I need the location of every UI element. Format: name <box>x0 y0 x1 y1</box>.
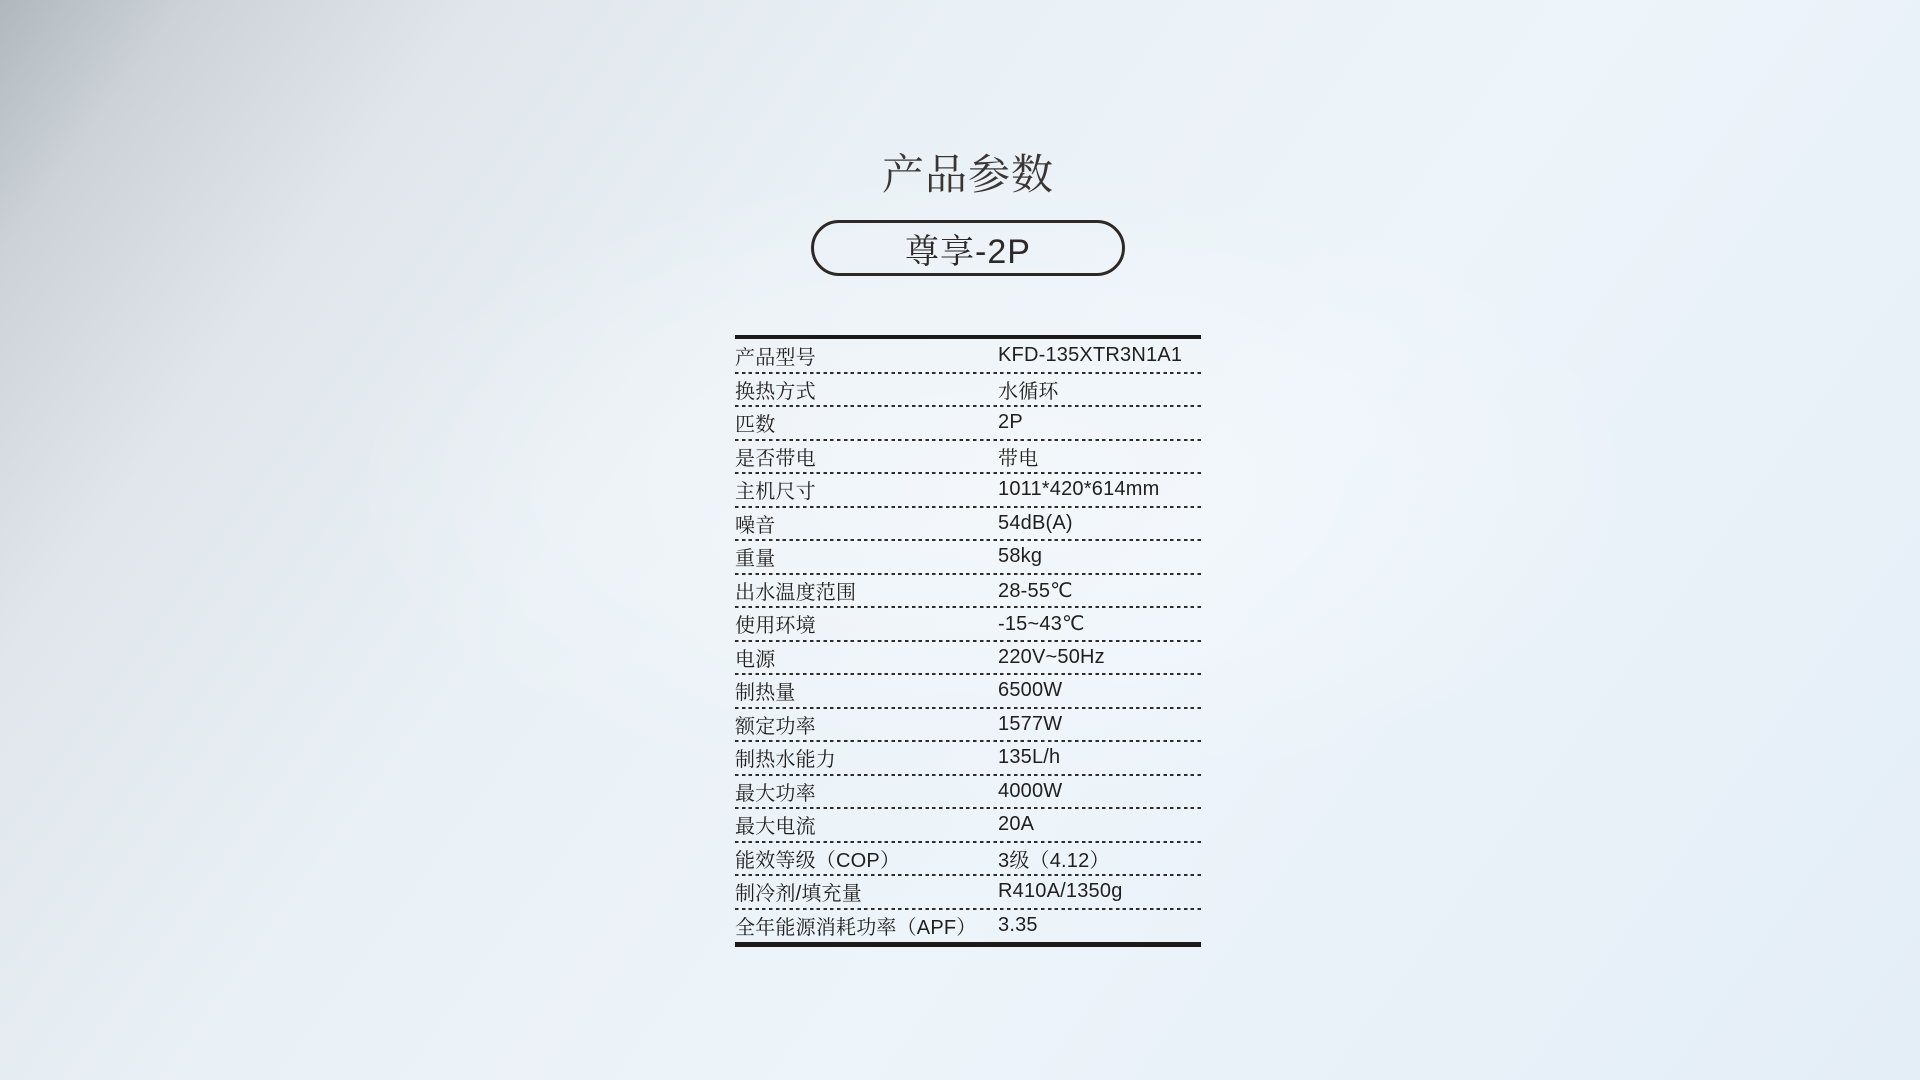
spec-row: 制热水能力 135L/h <box>735 741 1201 775</box>
spec-table: 产品型号 KFD-135XTR3N1A1 换热方式 水循环 匹数 2P 是否带电… <box>735 335 1201 947</box>
spec-label: 制热量 <box>735 676 998 705</box>
spec-value: 28-55℃ <box>998 578 1073 603</box>
spec-label: 噪音 <box>735 509 998 538</box>
spec-row: 能效等级（COP） 3级（4.12） <box>735 842 1201 876</box>
spec-value: 水循环 <box>998 375 1059 404</box>
spec-value: 220V~50Hz <box>998 646 1105 669</box>
spec-label: 全年能源消耗功率（APF） <box>735 911 998 940</box>
spec-label: 重量 <box>735 542 998 571</box>
spec-label: 能效等级（COP） <box>735 844 998 873</box>
spec-row: 匹数 2P <box>735 406 1201 440</box>
model-badge: 尊享-2P <box>811 220 1125 276</box>
content-column: 产品参数 尊享-2P 产品型号 KFD-135XTR3N1A1 换热方式 水循环… <box>735 0 1201 1080</box>
spec-label: 最大功率 <box>735 777 998 806</box>
spec-row: 出水温度范围 28-55℃ <box>735 574 1201 608</box>
spec-row: 制热量 6500W <box>735 674 1201 708</box>
spec-row: 额定功率 1577W <box>735 708 1201 742</box>
spec-row: 是否带电 带电 <box>735 440 1201 474</box>
spec-label: 制热水能力 <box>735 743 998 772</box>
spec-row: 换热方式 水循环 <box>735 373 1201 407</box>
spec-label: 主机尺寸 <box>735 475 998 504</box>
spec-value: 58kg <box>998 545 1042 568</box>
spec-label: 出水温度范围 <box>735 576 998 605</box>
spec-value: 135L/h <box>998 746 1060 769</box>
spec-value: KFD-135XTR3N1A1 <box>998 344 1182 367</box>
spec-value: 6500W <box>998 679 1062 702</box>
spec-row: 主机尺寸 1011*420*614mm <box>735 473 1201 507</box>
spec-row: 电源 220V~50Hz <box>735 641 1201 675</box>
spec-label: 产品型号 <box>735 341 998 370</box>
spec-row: 全年能源消耗功率（APF） 3.35 <box>735 909 1201 943</box>
spec-value: 1011*420*614mm <box>998 478 1159 501</box>
spec-label: 换热方式 <box>735 375 998 404</box>
spec-label: 是否带电 <box>735 442 998 471</box>
spec-label: 使用环境 <box>735 609 998 638</box>
spec-value: 1577W <box>998 713 1062 736</box>
spec-row: 重量 58kg <box>735 540 1201 574</box>
spec-label: 电源 <box>735 643 998 672</box>
spec-label: 制冷剂/填充量 <box>735 877 998 906</box>
spec-row: 最大电流 20A <box>735 808 1201 842</box>
spec-label: 最大电流 <box>735 810 998 839</box>
spec-value: R410A/1350g <box>998 880 1123 903</box>
spec-value: 3级（4.12） <box>998 844 1110 873</box>
spec-value: 2P <box>998 411 1023 434</box>
spec-value: 带电 <box>998 442 1038 471</box>
spec-row: 最大功率 4000W <box>735 775 1201 809</box>
spec-value: -15~43℃ <box>998 611 1085 636</box>
spec-label: 匹数 <box>735 408 998 437</box>
spec-label: 额定功率 <box>735 710 998 739</box>
spec-value: 20A <box>998 813 1034 836</box>
spec-value: 54dB(A) <box>998 512 1073 535</box>
spec-row: 制冷剂/填充量 R410A/1350g <box>735 875 1201 909</box>
spec-row: 产品型号 KFD-135XTR3N1A1 <box>735 339 1201 373</box>
spec-value: 3.35 <box>998 914 1038 937</box>
spec-row: 使用环境 -15~43℃ <box>735 607 1201 641</box>
spec-row: 噪音 54dB(A) <box>735 507 1201 541</box>
page-title: 产品参数 <box>600 142 1336 202</box>
model-badge-label: 尊享-2P <box>905 224 1031 273</box>
spec-value: 4000W <box>998 780 1062 803</box>
